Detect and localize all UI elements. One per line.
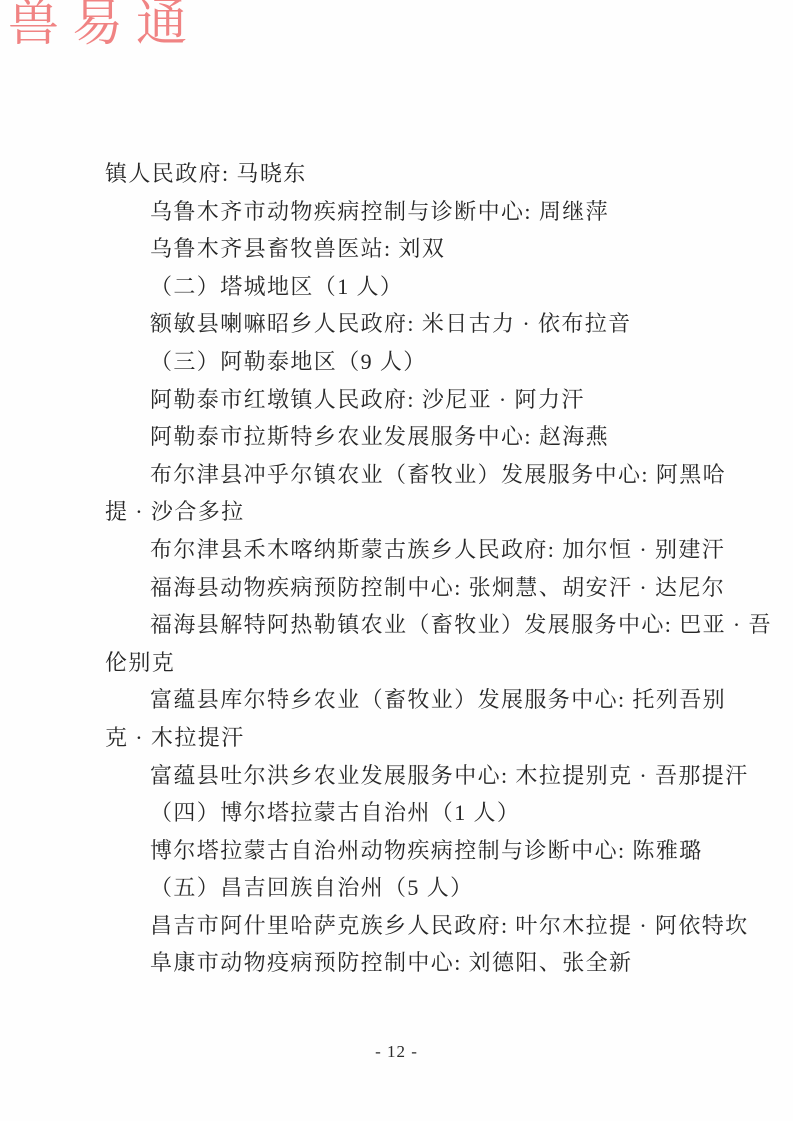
page-number: - 12 - (0, 1042, 793, 1062)
document-line: （四）博尔塔拉蒙古自治州（1 人） (105, 794, 705, 832)
document-line: 福海县动物疾病预防控制中心: 张炯慧、胡安汗 · 达尼尔 (105, 569, 705, 607)
document-line: （五）昌吉回族自治州（5 人） (105, 869, 705, 907)
document-line: 阿勒泰市红墩镇人民政府: 沙尼亚 · 阿力汗 (105, 381, 705, 419)
document-line: 布尔津县冲乎尔镇农业（畜牧业）发展服务中心: 阿黑哈 (105, 456, 705, 494)
document-line: 提 · 沙合多拉 (105, 493, 705, 531)
document-line: 博尔塔拉蒙古自治州动物疾病控制与诊断中心: 陈雅璐 (105, 832, 705, 870)
document-line: 阜康市动物疫病预防控制中心: 刘德阳、张全新 (105, 944, 705, 982)
document-page: 兽易通 镇人民政府: 马晓东乌鲁木齐市动物疾病控制与诊断中心: 周继萍乌鲁木齐县… (0, 0, 793, 1121)
document-line: 富蕴县库尔特乡农业（畜牧业）发展服务中心: 托列吾别 (105, 681, 705, 719)
document-line: 伦别克 (105, 644, 705, 682)
document-body: 镇人民政府: 马晓东乌鲁木齐市动物疾病控制与诊断中心: 周继萍乌鲁木齐县畜牧兽医… (105, 155, 705, 982)
document-line: 额敏县喇嘛昭乡人民政府: 米日古力 · 依布拉音 (105, 305, 705, 343)
document-line: 乌鲁木齐市动物疾病控制与诊断中心: 周继萍 (105, 193, 705, 231)
document-line: 阿勒泰市拉斯特乡农业发展服务中心: 赵海燕 (105, 418, 705, 456)
shouyitong-logo-watermark: 兽易通 (8, 0, 200, 55)
document-line: 昌吉市阿什里哈萨克族乡人民政府: 叶尔木拉提 · 阿依特坎 (105, 907, 705, 945)
document-line: 富蕴县吐尔洪乡农业发展服务中心: 木拉提别克 · 吾那提汗 (105, 757, 705, 795)
document-line: （二）塔城地区（1 人） (105, 268, 705, 306)
document-line: 布尔津县禾木喀纳斯蒙古族乡人民政府: 加尔恒 · 别建汗 (105, 531, 705, 569)
document-line: 福海县解特阿热勒镇农业（畜牧业）发展服务中心: 巴亚 · 吾 (105, 606, 705, 644)
document-line: （三）阿勒泰地区（9 人） (105, 343, 705, 381)
document-line: 乌鲁木齐县畜牧兽医站: 刘双 (105, 230, 705, 268)
document-line: 镇人民政府: 马晓东 (105, 155, 705, 193)
document-line: 克 · 木拉提汗 (105, 719, 705, 757)
